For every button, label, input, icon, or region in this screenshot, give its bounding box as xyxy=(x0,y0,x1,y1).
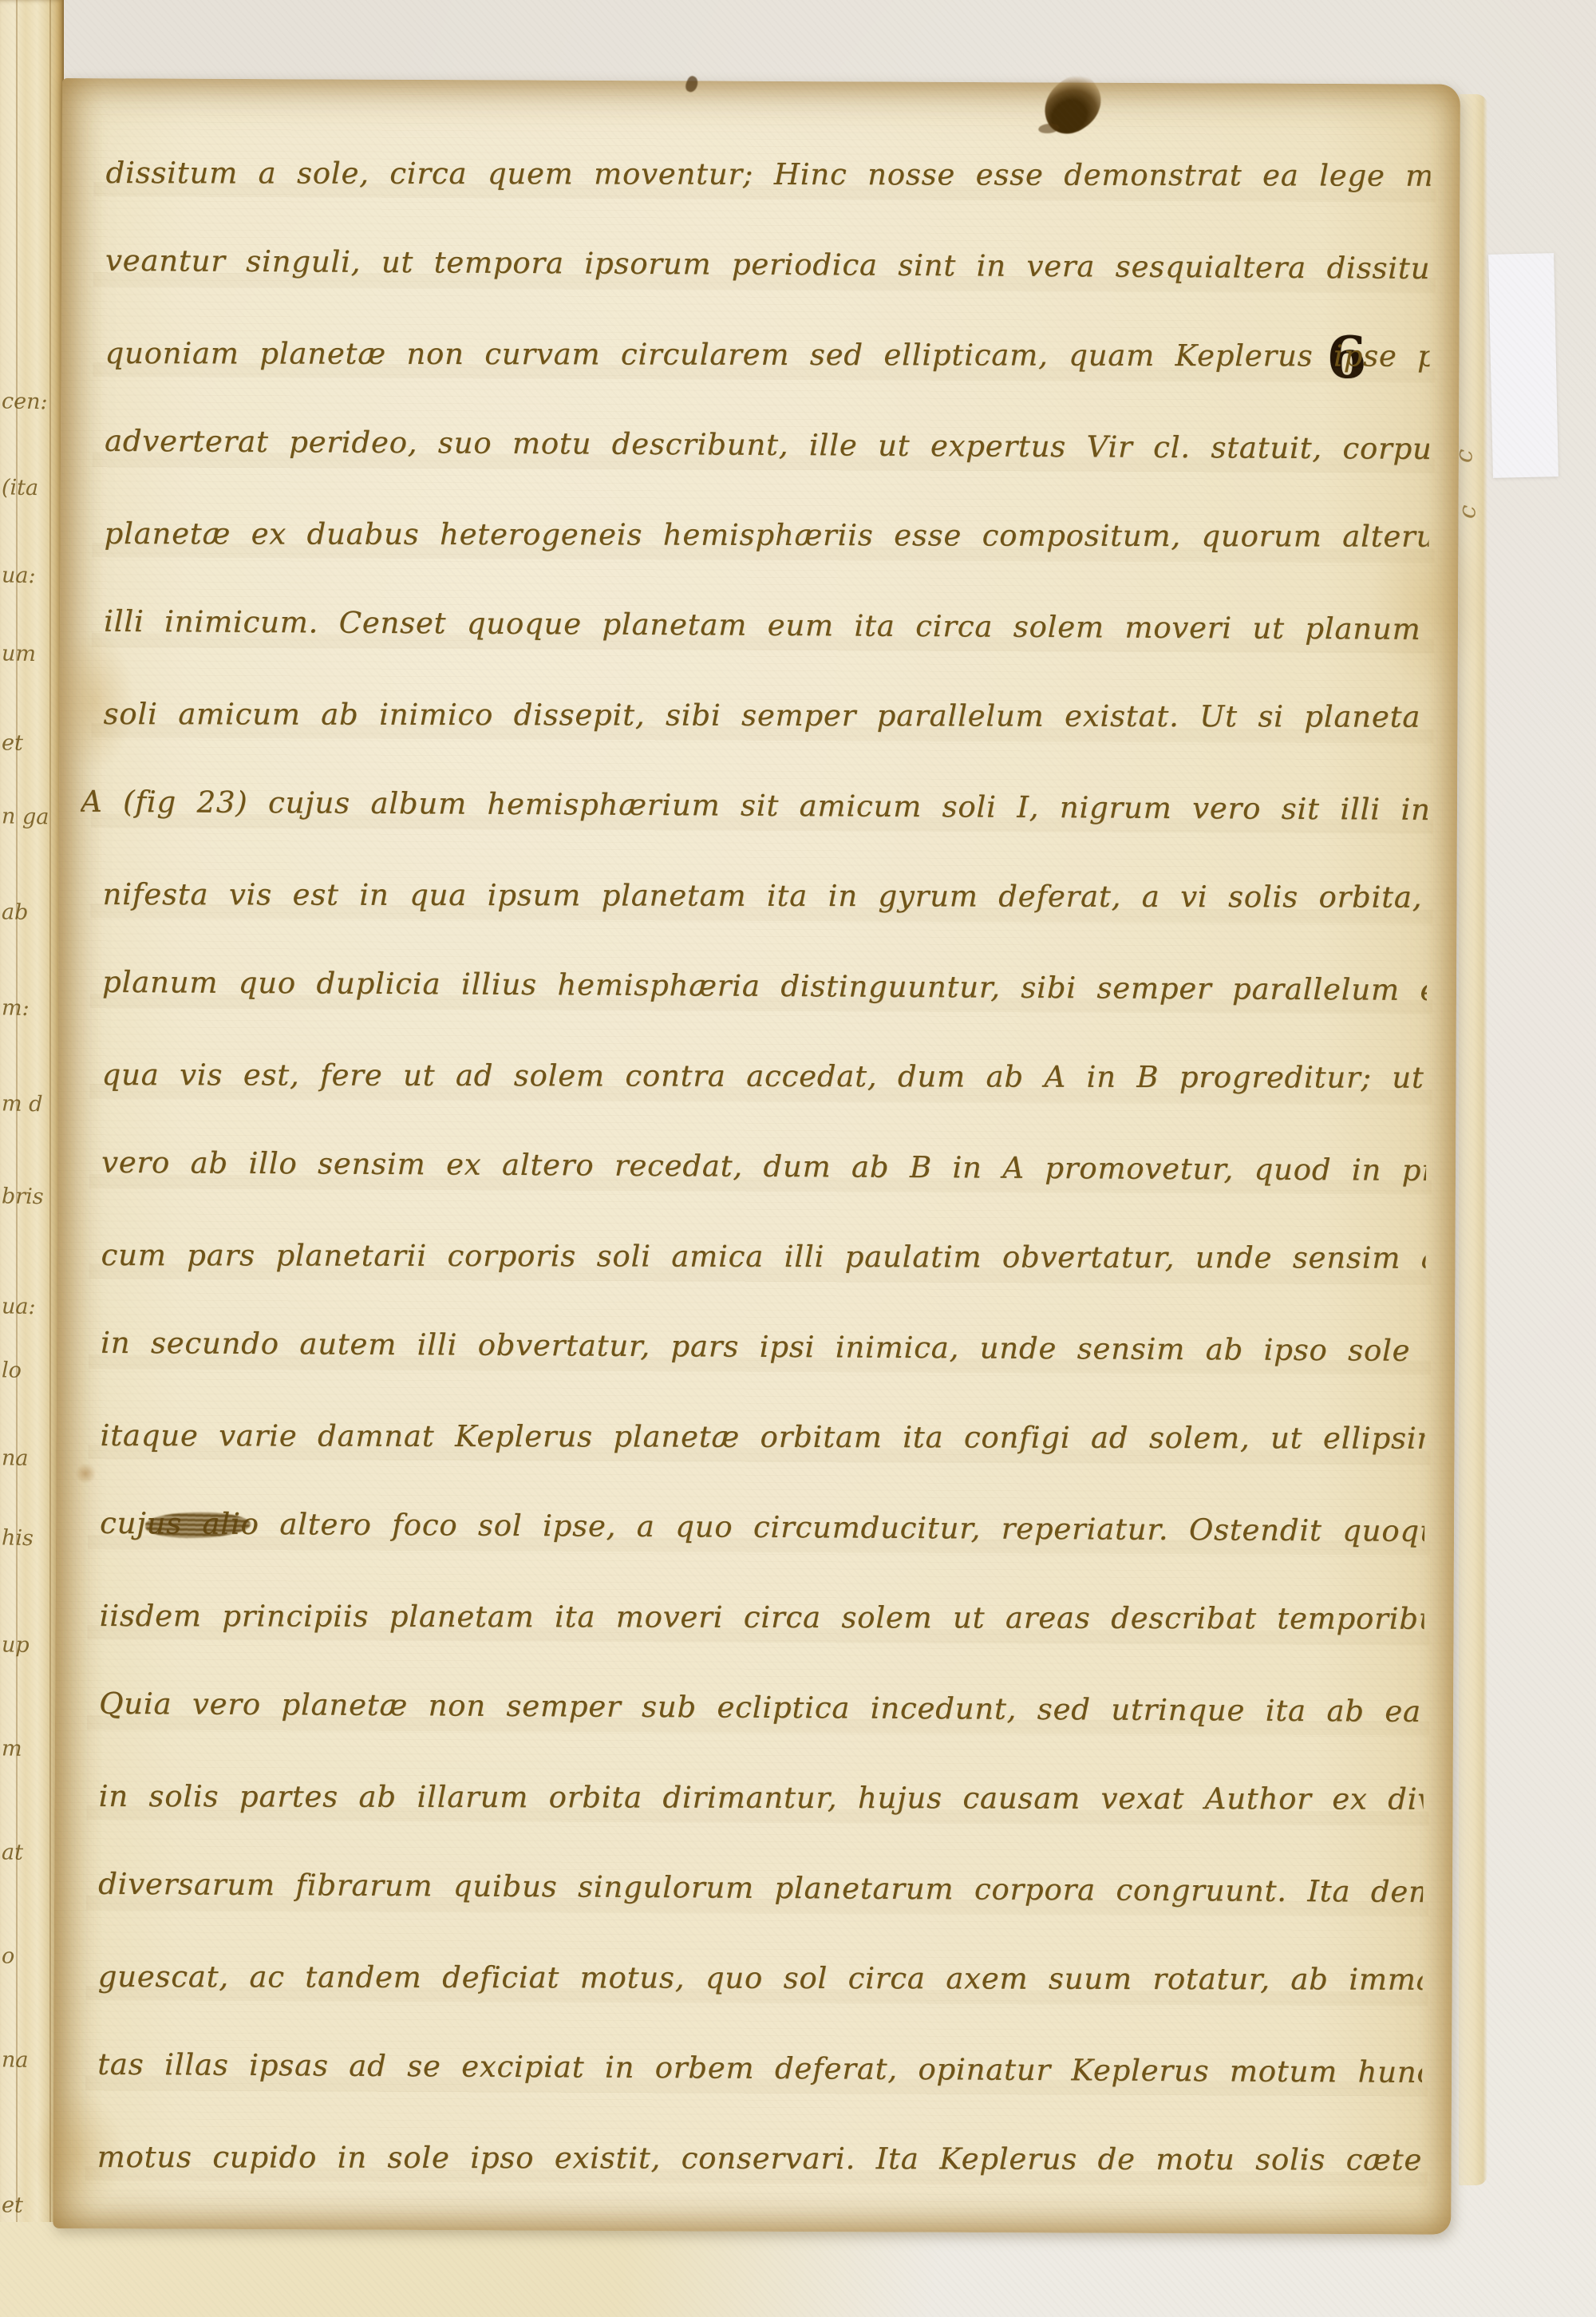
underlying-page-edge: ɔ ɔ xyxy=(1459,94,1487,2185)
handwritten-line: tas illas ipsas ad se excipiat in orbem … xyxy=(97,2019,1423,2117)
margin-text-fragment: ua: xyxy=(2,1294,60,1319)
manuscript-photo: cen: (ita ua: um et n ga ab m: m d bris … xyxy=(0,0,1596,2317)
margin-text-fragment: bris xyxy=(2,1184,60,1209)
handwritten-line: planetæ ex duabus heterogeneis hemisphær… xyxy=(104,488,1428,582)
margin-text-fragment: um xyxy=(2,641,60,666)
manuscript-page: 6 dissitum a sole, circa quem moventur; … xyxy=(53,78,1460,2235)
paper-stain xyxy=(75,1463,96,1484)
margin-text-fragment: ua: xyxy=(2,563,60,588)
handwritten-line: vero ab illo sensim ex altero recedat, d… xyxy=(101,1117,1427,1216)
handwritten-line: illi inimicum. Censet quoque planetam eu… xyxy=(104,576,1429,674)
handwritten-line: diversarum fibrarum quibus singulorum pl… xyxy=(98,1839,1424,1937)
margin-text-fragment: up xyxy=(2,1632,60,1658)
handwritten-line: nifesta vis est in qua ipsum planetam it… xyxy=(102,849,1427,943)
handwritten-line: planum quo duplicia illius hemisphæria d… xyxy=(102,937,1428,1035)
handwritten-line: quoniam planetæ non curvam circularem se… xyxy=(105,308,1429,401)
margin-text-fragment: lo xyxy=(2,1358,60,1383)
handwritten-line: soli amicum ab inimico dissepit, sibi se… xyxy=(103,669,1428,762)
ink-speck xyxy=(684,75,701,94)
margin-text-fragment: na xyxy=(2,2047,60,2073)
margin-text-fragment: (ita xyxy=(2,475,60,500)
margin-text-fragment: m: xyxy=(2,995,60,1021)
handwritten-line: iisdem principiis planetam ita moveri ci… xyxy=(99,1571,1424,1664)
margin-text-fragment: ab xyxy=(2,900,60,925)
handwritten-line: cujus alio altero foco sol ipse, a quo c… xyxy=(100,1478,1425,1576)
margin-text-fragment: his xyxy=(2,1525,60,1551)
handwritten-line: dissitum a sole, circa quem moventur; Hi… xyxy=(105,128,1430,221)
handwritten-line: itaque varie damnat Keplerus planetæ orb… xyxy=(100,1390,1424,1484)
background-white-label xyxy=(1488,253,1558,478)
handwritten-text-block: dissitum a sole, circa quem moventur; Hi… xyxy=(97,126,1430,2206)
handwritten-line: motus cupido in sole ipso existit, conse… xyxy=(97,2112,1422,2205)
handwritten-line: qua vis est, fere ut ad solem contra acc… xyxy=(101,1030,1426,1123)
margin-text-fragment: m xyxy=(2,1736,60,1761)
handwritten-line: cum pars planetarii corporis soli amica … xyxy=(101,1210,1425,1303)
handwritten-line: Quia vero planetæ non semper sub eclipti… xyxy=(99,1659,1424,1757)
handwritten-line: adverterat perideo, suo motu describunt,… xyxy=(105,396,1430,494)
margin-text-fragment: at xyxy=(2,1840,60,1865)
handwritten-line: in solis partes ab illarum orbita dirima… xyxy=(98,1751,1423,1845)
handwritten-line: guescat, ac tandem deficiat motus, quo s… xyxy=(97,1931,1422,2025)
margin-text-fragment: cen: xyxy=(2,389,60,414)
pen-flourish: ɔ xyxy=(1456,504,1485,520)
handwritten-line: in secundo autem illi obvertatur, pars i… xyxy=(101,1298,1426,1396)
margin-text-fragment: o xyxy=(2,1943,60,1969)
handwritten-line: veantur singuli, ut tempora ipsorum peri… xyxy=(105,215,1431,314)
handwritten-line-figure-reference: A (fig 23) cujus album hemisphærium sit … xyxy=(81,757,1428,855)
margin-text-fragment: na xyxy=(2,1445,60,1471)
page-edge-fold xyxy=(49,0,51,2317)
margin-text-fragment: m d xyxy=(2,1091,60,1117)
page-edge-fold xyxy=(16,0,18,2317)
margin-text-fragment: n ga xyxy=(2,804,60,829)
margin-text-fragment: et xyxy=(2,2192,60,2218)
underlying-page-bottom-edge xyxy=(0,2222,1197,2317)
margin-text-fragment: et xyxy=(2,730,60,756)
